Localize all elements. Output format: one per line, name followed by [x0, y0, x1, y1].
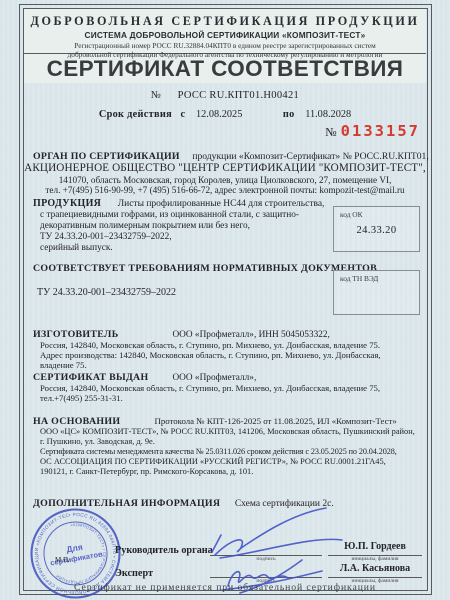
- basis-text: Сертификата системы менеджмента качества…: [40, 447, 397, 456]
- manufacturer-text: Адрес производства: 142840, Московская о…: [40, 350, 381, 360]
- certification-body-name: АКЦИОНЕРНОЕ ОБЩЕСТВО "ЦЕНТР СЕРТИФИКАЦИИ…: [0, 162, 450, 174]
- conformity-document: ТУ 24.33.20-001–23432759–2022: [37, 287, 176, 298]
- header-box: ДОБРОВОЛЬНАЯ СЕРТИФИКАЦИЯ ПРОДУКЦИИ СИСТ…: [24, 9, 426, 54]
- basis-intro: Протокола № КПТ-126-2025 от 11.08.2025, …: [154, 416, 396, 426]
- product-text: ТУ 24.33.20-001–23432759–2022,: [40, 232, 172, 242]
- stamp-place-label: М.П.: [55, 556, 70, 564]
- certificate-number-line: № РОСС RU.КПТ01.Н00421: [0, 90, 450, 101]
- product-text: с трапециевидными гофрами, из оцинкованн…: [40, 210, 299, 220]
- tnved-code-label: код ТН ВЭД: [334, 271, 419, 283]
- signature-role-expert: Эксперт: [115, 568, 153, 579]
- serial-number-label: №: [325, 125, 336, 139]
- header-system-name: СИСТЕМА ДОБРОВОЛЬНОЙ СЕРТИФИКАЦИИ «КОМПО…: [24, 30, 426, 40]
- validity-label: Срок действия: [99, 109, 172, 120]
- validity-to-label: по: [283, 109, 295, 120]
- certification-body-contacts: тел. +7(495) 516-90-99, +7 (495) 516-66-…: [0, 185, 450, 195]
- conformity-heading-text: СООТВЕТСТВУЕТ ТРЕБОВАНИЯМ НОРМАТИВНЫХ ДО…: [33, 263, 377, 274]
- product-text: серийный выпуск.: [40, 243, 113, 253]
- certification-body-label: ОРГАН ПО СЕРТИФИКАЦИИ: [33, 151, 180, 162]
- validity-from-label: с: [181, 109, 186, 120]
- basis-label: НА ОСНОВАНИИ: [33, 416, 152, 427]
- issued-to-text: Россия, 142840, Московская область, г. С…: [40, 383, 380, 393]
- certification-body-address: 141070, область Московская, город Короле…: [0, 175, 450, 185]
- bottom-note: Сертификат не применяется при обязательн…: [0, 582, 450, 593]
- basis-line: НА ОСНОВАНИИ Протокола № КПТ-126-2025 от…: [33, 416, 397, 427]
- manufacturer-text: Россия, 142840, Московская область, г. С…: [40, 340, 380, 350]
- certification-body-line: ОРГАН ПО СЕРТИФИКАЦИИ продукции «Компози…: [33, 151, 429, 162]
- issued-to-line: СЕРТИФИКАТ ВЫДАН ООО «Профметалл»,: [33, 372, 256, 383]
- basis-text: г. Пушкино, ул. Заводская, д. 9е.: [40, 437, 155, 446]
- basis-text: ООО «ЦС» КОМПОЗИТ-ТЕСТ», № РОСС RU.КПТ03…: [40, 427, 415, 436]
- product-line: ПРОДУКЦИЯ Листы профилированные НС44 для…: [33, 198, 324, 209]
- serial-number-red: 0133157: [341, 122, 420, 140]
- validity-to-date: 11.08.2028: [305, 109, 351, 120]
- conformity-heading: СООТВЕТСТВУЕТ ТРЕБОВАНИЯМ НОРМАТИВНЫХ ДО…: [33, 263, 377, 274]
- product-label: ПРОДУКЦИЯ: [33, 198, 101, 209]
- certificate-number-value: РОСС RU.КПТ01.Н00421: [178, 90, 299, 101]
- issued-to-intro: ООО «Профметалл»,: [172, 373, 256, 383]
- basis-text: 190121, г. Санкт-Петербург, пр. Римского…: [40, 467, 253, 476]
- manufacturer-line: ИЗГОТОВИТЕЛЬ ООО «Профметалл», ИНН 50450…: [33, 329, 330, 340]
- manufacturer-text: владение 75.: [40, 360, 87, 370]
- ok-code-box: код ОК 24.33.20: [333, 206, 420, 252]
- product-intro: Листы профилированные НС44 для строитель…: [118, 199, 325, 209]
- tnved-code-box: код ТН ВЭД: [333, 270, 420, 315]
- certification-body-intro: продукции «Композит-Сертификат» № РОСС.R…: [192, 151, 428, 162]
- manufacturer-label: ИЗГОТОВИТЕЛЬ: [33, 329, 170, 340]
- signature-stroke: [220, 539, 342, 558]
- signature-stroke: [212, 535, 221, 552]
- manufacturer-intro: ООО «Профметалл», ИНН 5045053322,: [172, 330, 329, 340]
- product-text: декоративным полимерным покрытием или бе…: [40, 221, 250, 231]
- validity-line: Срок действия с 12.08.2025 по 11.08.2028: [0, 109, 450, 120]
- certificate-page: ДОБРОВОЛЬНАЯ СЕРТИФИКАЦИЯ ПРОДУКЦИИ СИСТ…: [0, 0, 450, 600]
- ok-code-value: 24.33.20: [334, 225, 419, 236]
- ok-code-label: код ОК: [334, 207, 419, 219]
- certificate-title: СЕРТИФИКАТ СООТВЕТСТВИЯ: [24, 56, 426, 82]
- issued-to-label: СЕРТИФИКАТ ВЫДАН: [33, 372, 170, 383]
- serial-number-line: № 0133157: [325, 122, 420, 141]
- validity-from-date: 12.08.2025: [196, 109, 242, 120]
- header-voluntary-certification: ДОБРОВОЛЬНАЯ СЕРТИФИКАЦИЯ ПРОДУКЦИИ: [24, 14, 426, 29]
- basis-text: ОС АССОЦИАЦИЯ ПО СЕРТИФИКАЦИИ «РУССКИЙ Р…: [40, 457, 386, 466]
- issued-to-text: тел.+7(495) 255-31-31.: [40, 393, 123, 403]
- certificate-number-label: №: [151, 90, 161, 101]
